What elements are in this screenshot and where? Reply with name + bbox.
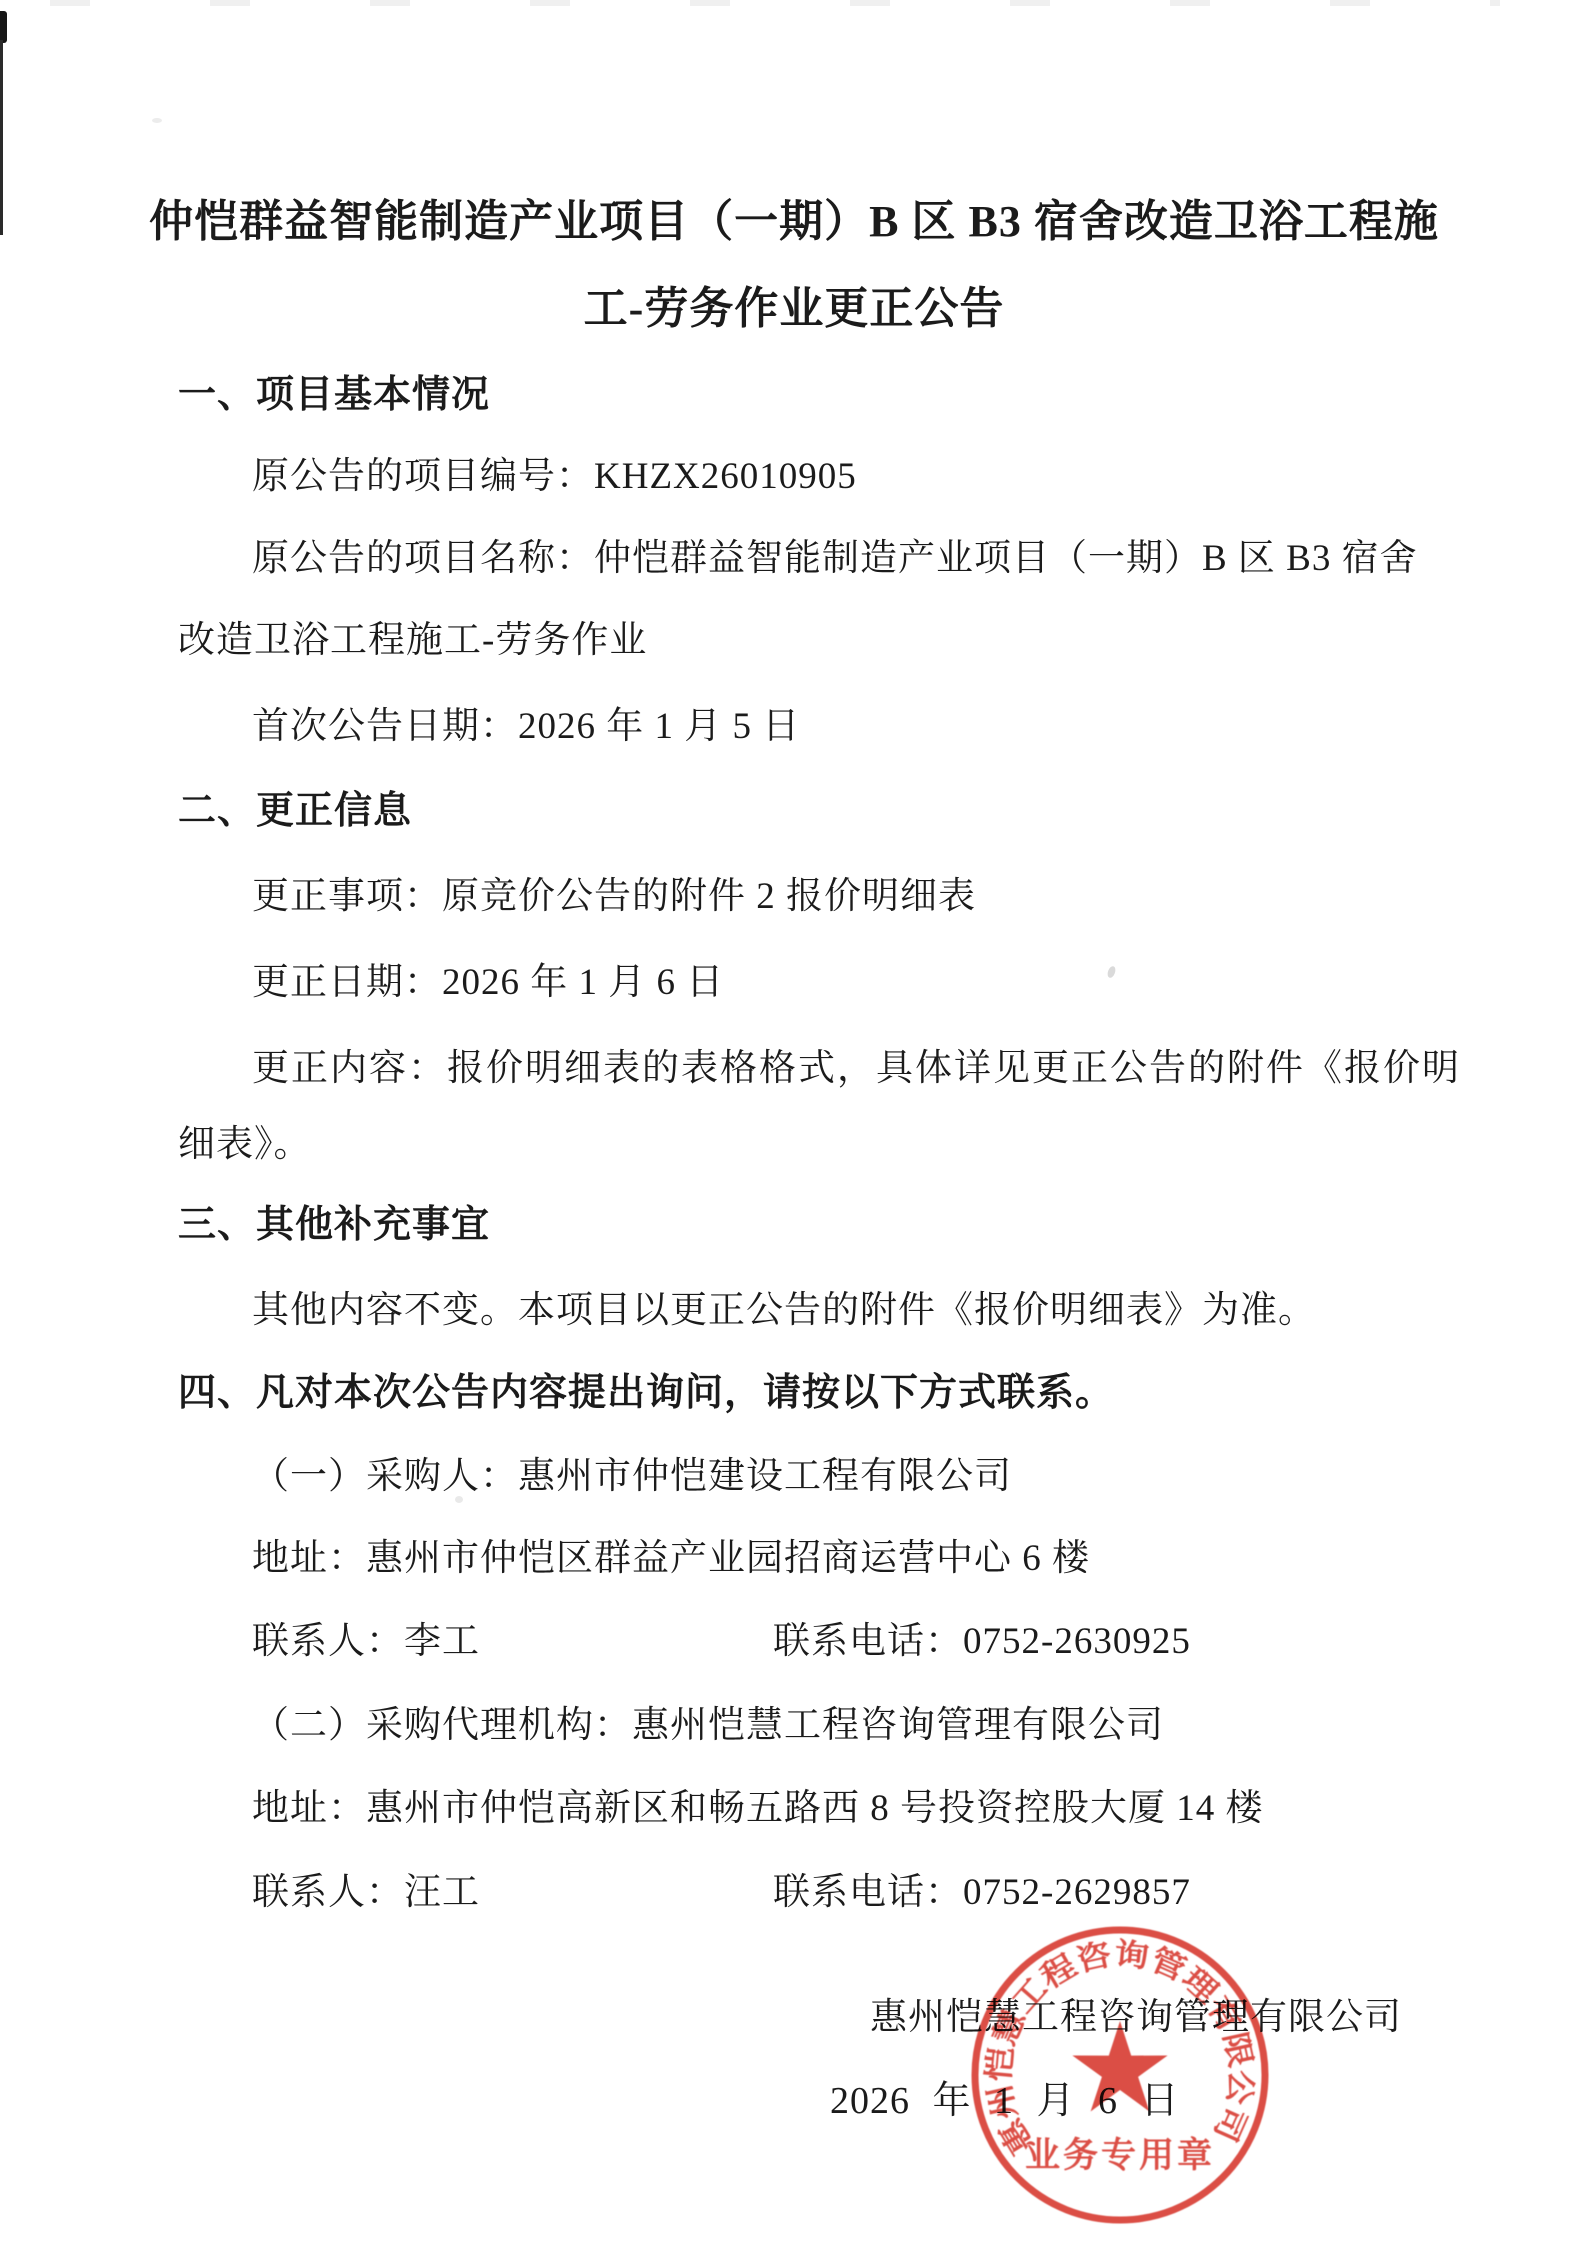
- purchaser-phone: 联系电话：0752-2630925: [773, 1621, 1191, 1664]
- document-title-line2: 工-劳务作业更正公告: [0, 284, 1588, 335]
- scan-streak-artifact: [50, 0, 1500, 6]
- project-name-line2: 改造卫浴工程施工-劳务作业: [178, 620, 647, 663]
- agency-address-line: 地址：惠州市仲恺高新区和畅五路西 8 号投资控股大厦 14 楼: [252, 1788, 1264, 1831]
- section-heading-contact: 四、凡对本次公告内容提出询问，请按以下方式联系。: [178, 1372, 1114, 1416]
- correction-item-line: 更正事项：原竞价公告的附件 2 报价明细表: [252, 876, 976, 919]
- correction-date-line: 更正日期：2026 年 1 月 6 日: [252, 962, 724, 1005]
- company-stamp: 惠州恺慧工程咨询管理有限公司 业务专用章: [950, 1905, 1290, 2244]
- project-name-line1: 原公告的项目名称：仲恺群益智能制造产业项目（一期）B 区 B3 宿舍: [252, 538, 1418, 581]
- section-heading-basic-info: 一、项目基本情况: [178, 374, 490, 418]
- correction-content-line1: 更正内容：报价明细表的表格格式，具体详见更正公告的附件《报价明: [252, 1048, 1461, 1091]
- document-title-line1: 仲恺群益智能制造产业项目（一期）B 区 B3 宿舍改造卫浴工程施: [0, 197, 1588, 248]
- agency-contact-person: 联系人：汪工: [252, 1872, 480, 1915]
- purchaser-contact-person: 联系人：李工: [252, 1621, 480, 1664]
- scan-speck: [152, 118, 162, 123]
- document-page: 仲恺群益智能制造产业项目（一期）B 区 B3 宿舍改造卫浴工程施 工-劳务作业更…: [0, 0, 1588, 2244]
- first-announcement-date-line: 首次公告日期：2026 年 1 月 5 日: [252, 706, 800, 749]
- section-heading-supplement: 三、其他补充事宜: [178, 1204, 490, 1248]
- scan-edge-artifact: [0, 11, 7, 43]
- stamp-bottom-text: 业务专用章: [1025, 2135, 1215, 2175]
- project-number-line: 原公告的项目编号：KHZX26010905: [252, 456, 857, 499]
- stamp-star-icon: [1072, 2021, 1167, 2112]
- purchaser-line: （一）采购人：惠州市仲恺建设工程有限公司: [252, 1456, 1012, 1499]
- section-heading-correction: 二、更正信息: [178, 790, 412, 834]
- agency-line: （二）采购代理机构：惠州恺慧工程咨询管理有限公司: [252, 1705, 1164, 1748]
- purchaser-address-line: 地址：惠州市仲恺区群益产业园招商运营中心 6 楼: [252, 1538, 1090, 1581]
- supplement-content-line: 其他内容不变。本项目以更正公告的附件《报价明细表》为准。: [252, 1290, 1316, 1333]
- correction-content-line2: 细表》。: [178, 1124, 312, 1167]
- scan-speck: [1106, 965, 1117, 979]
